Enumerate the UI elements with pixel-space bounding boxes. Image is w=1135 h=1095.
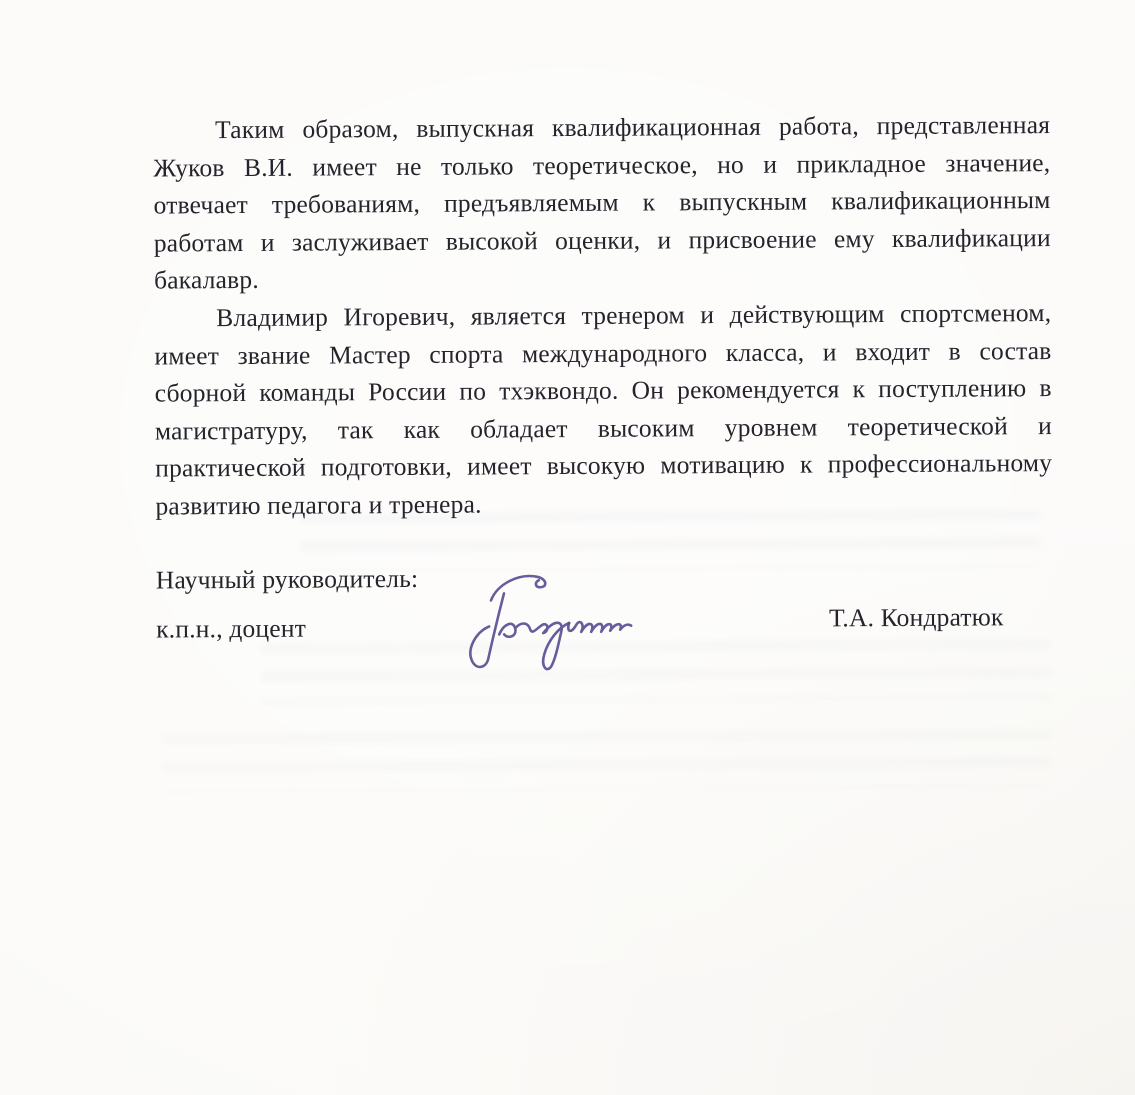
text-line: Владимир Игоревич, является тренером и д… (154, 294, 1051, 337)
signer-name: Т.А. Кондратюк (829, 602, 1004, 633)
text-line: Жуков В.И. имеет не только теоретическое… (153, 144, 1050, 187)
text-line: имеет звание Мастер спорта международног… (154, 332, 1051, 375)
text-line: развитию педагога и тренера. (155, 482, 1052, 525)
text-line: отвечает требованиям, предъявляемым к вы… (153, 181, 1050, 224)
text-line: бакалавр. (154, 256, 1051, 299)
scanned-document-page: Таким образом, выпускная квалификационна… (0, 0, 1135, 1095)
handwritten-signature (447, 566, 640, 675)
text-line: работам и заслуживает высокой оценки, и … (154, 219, 1051, 262)
text-line: Таким образом, выпускная квалификационна… (153, 106, 1050, 149)
bleed-through-artifact (162, 729, 1052, 792)
text-line: практической подготовки, имеет высокую м… (155, 444, 1052, 487)
supervisor-label: Научный руководитель: (156, 564, 419, 596)
document-body: Таким образом, выпускная квалификационна… (153, 106, 1053, 525)
scan-content: Таким образом, выпускная квалификационна… (0, 0, 1135, 1095)
supervisor-degree: к.п.н., доцент (156, 614, 306, 645)
text-line: магистратуру, так как обладает высоким у… (155, 407, 1052, 450)
text-line: сборной команды России по тхэквондо. Он … (155, 369, 1052, 412)
signature-ink-icon (447, 566, 640, 675)
bleed-through-artifact (261, 639, 1051, 704)
